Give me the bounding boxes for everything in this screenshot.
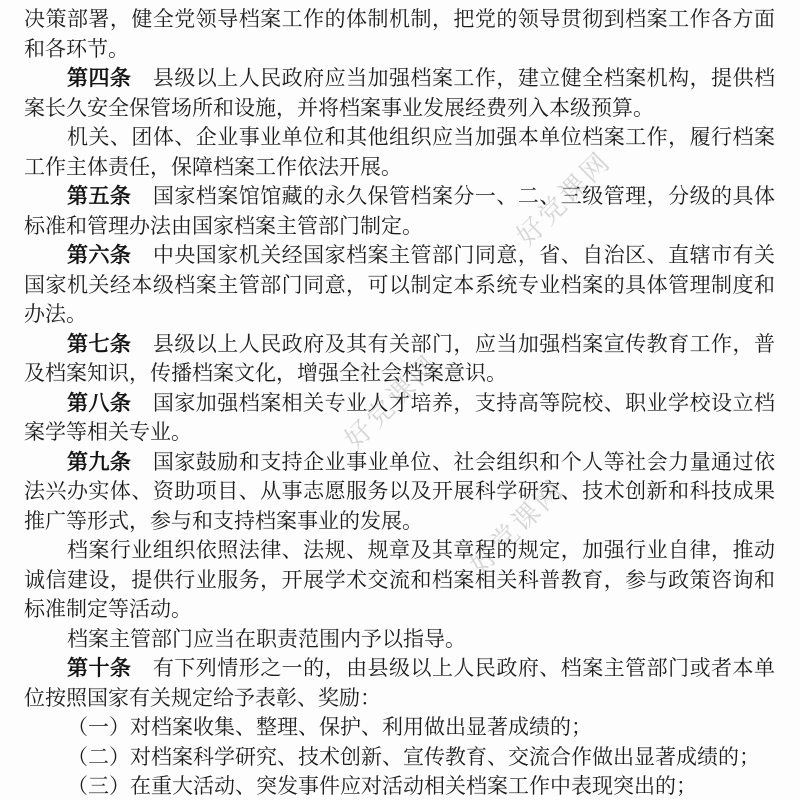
article-number: 第七条: [67, 332, 131, 356]
text-line-10: 国家机关经本级档案主管部门同意，可以制定本系统专业档案的具体管理制度和: [24, 271, 775, 301]
article-number: 第八条: [67, 391, 131, 415]
article-number: 第五条: [67, 184, 131, 208]
text-line-5: 机关、团体、企业事业单位和其他组织应当加强本单位档案工作，履行档案: [24, 123, 775, 153]
text-line-11: 办法。: [24, 300, 775, 330]
text-line-4: 案长久安全保管场所和设施，并将档案事业发展经费列入本级预算。: [24, 94, 775, 124]
text-line-23: 第十条 有下列情形之一的，由县级以上人民政府、档案主管部门或者本单: [24, 654, 775, 684]
text-line-14: 第八条 国家加强档案相关专业人才培养，支持高等院校、职业学校设立档: [24, 389, 775, 419]
text-line-6: 工作主体责任，保障档案工作依法开展。: [24, 153, 775, 183]
text-line-18: 推广等形式，参与和支持档案事业的发展。: [24, 507, 775, 537]
article-number: 第四条: [67, 66, 131, 90]
text-line-8: 标准和管理办法由国家档案主管部门制定。: [24, 212, 775, 242]
text-line-9: 第六条 中央国家机关经国家档案主管部门同意，省、自治区、直辖市有关: [24, 241, 775, 271]
article-number: 第十条: [67, 656, 131, 680]
text-line-1: 决策部署，健全党领导档案工作的体制机制，把党的领导贯彻到档案工作各方面: [24, 5, 775, 35]
text-line-20: 诚信建设，提供行业服务，开展学术交流和档案相关科普教育，参与政策咨询和: [24, 566, 775, 596]
document-page: 好党课网好党课网好党课网 坚持和加强党对档案工作的领导，贯彻落实党和国家关于档案…: [0, 0, 800, 800]
text-line-21: 标准制定等活动。: [24, 595, 775, 625]
text-line-17: 法兴办实体、资助项目、从事志愿服务以及开展科学研究、技术创新和科技成果: [24, 477, 775, 507]
text-line-25: （一）对档案收集、整理、保护、利用做出显著成绩的；: [24, 713, 775, 743]
text-line-19: 档案行业组织依照法律、法规、规章及其章程的规定，加强行业自律，推动: [24, 536, 775, 566]
text-line-12: 第七条 县级以上人民政府及其有关部门，应当加强档案宣传教育工作，普: [24, 330, 775, 360]
text-line-16: 第九条 国家鼓励和支持企业事业单位、社会组织和个人等社会力量通过依: [24, 448, 775, 478]
article-number: 第九条: [67, 450, 131, 474]
text-line-27: （三）在重大活动、突发事件应对活动相关档案工作中表现突出的；: [24, 772, 775, 800]
article-number: 第六条: [67, 243, 131, 267]
text-line-22: 档案主管部门应当在职责范围内予以指导。: [24, 625, 775, 655]
document-body: 坚持和加强党对档案工作的领导，贯彻落实党和国家关于档案工作的方针政策和决策部署，…: [0, 0, 800, 800]
text-line-13: 及档案知识，传播档案文化，增强全社会档案意识。: [24, 359, 775, 389]
text-line-26: （二）对档案科学研究、技术创新、宣传教育、交流合作做出显著成绩的；: [24, 743, 775, 773]
text-line-24: 位按照国家有关规定给予表彰、奖励：: [24, 684, 775, 714]
text-line-2: 和各环节。: [24, 35, 775, 65]
text-line-15: 案学等相关专业。: [24, 418, 775, 448]
text-line-7: 第五条 国家档案馆馆藏的永久保管档案分一、二、三级管理，分级的具体: [24, 182, 775, 212]
text-line-3: 第四条 县级以上人民政府应当加强档案工作，建立健全档案机构，提供档: [24, 64, 775, 94]
